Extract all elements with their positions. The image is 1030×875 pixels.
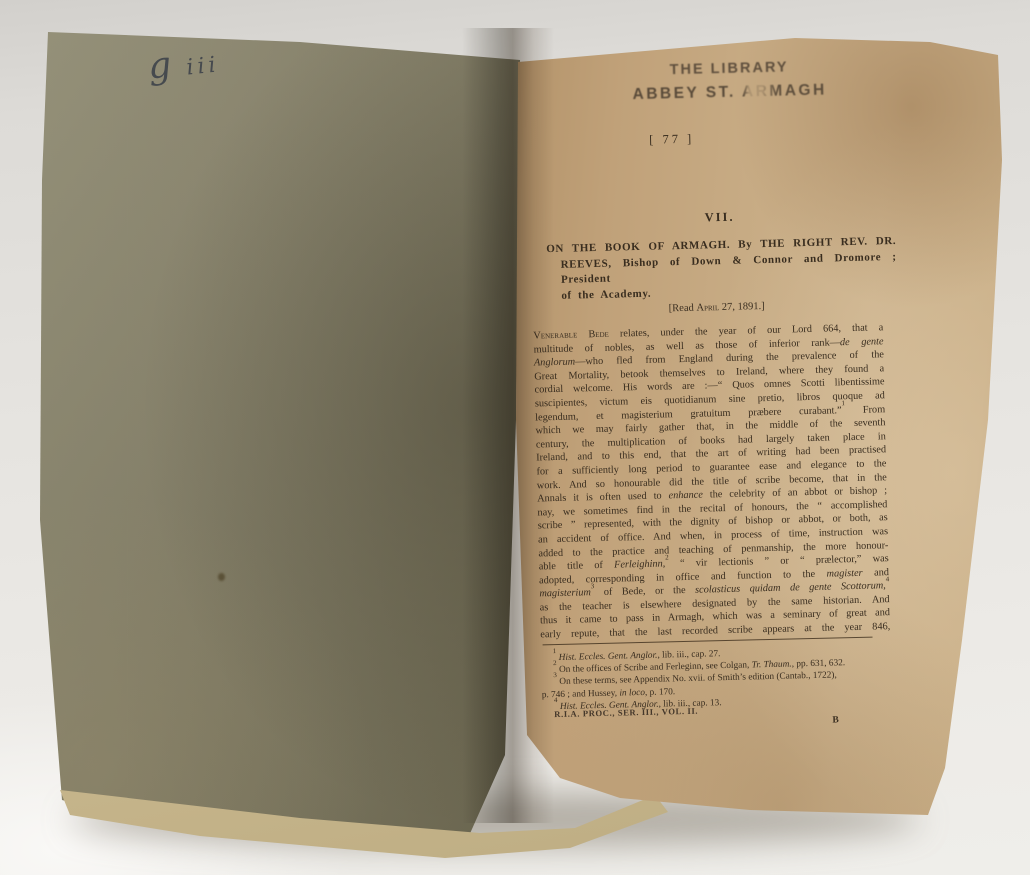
- library-stamp-line-1: THE LIBRARY: [669, 59, 788, 78]
- body-text: Venerable Bede relates, under the year o…: [533, 321, 890, 642]
- cover-speck: [218, 573, 225, 581]
- read-date-line: [Read April 27, 1891.]: [669, 301, 765, 314]
- article-title: ON THE BOOK OF ARMAGH. By THE RIGHT REV.…: [546, 234, 897, 304]
- book-cover: g iii: [30, 25, 535, 873]
- book-page: THE LIBRARY ABBEY ST. ARMAGH [ 77 ] VII.…: [495, 25, 1015, 840]
- cover-inscription: g iii: [146, 39, 221, 87]
- footnotes: 1 Hist. Eccles. Gent. Anglor., lib. iii.…: [541, 644, 898, 713]
- library-stamp-line-2: ABBEY ST. ARMAGH: [632, 82, 827, 105]
- photo-root: { "photo": { "description_colors": { "ba…: [0, 0, 1030, 875]
- page-number: [ 77 ]: [649, 132, 694, 148]
- page-content: THE LIBRARY ABBEY ST. ARMAGH [ 77 ] VII.…: [486, 20, 944, 810]
- series-imprint: R.I.A. PROC., SER. III., VOL. II.: [554, 706, 698, 719]
- book-photograph: g iii THE LIBRARY ABBEY ST. ARMAGH [ 77 …: [0, 0, 1030, 875]
- signature-mark: B: [832, 715, 839, 725]
- section-heading: VII.: [704, 210, 734, 226]
